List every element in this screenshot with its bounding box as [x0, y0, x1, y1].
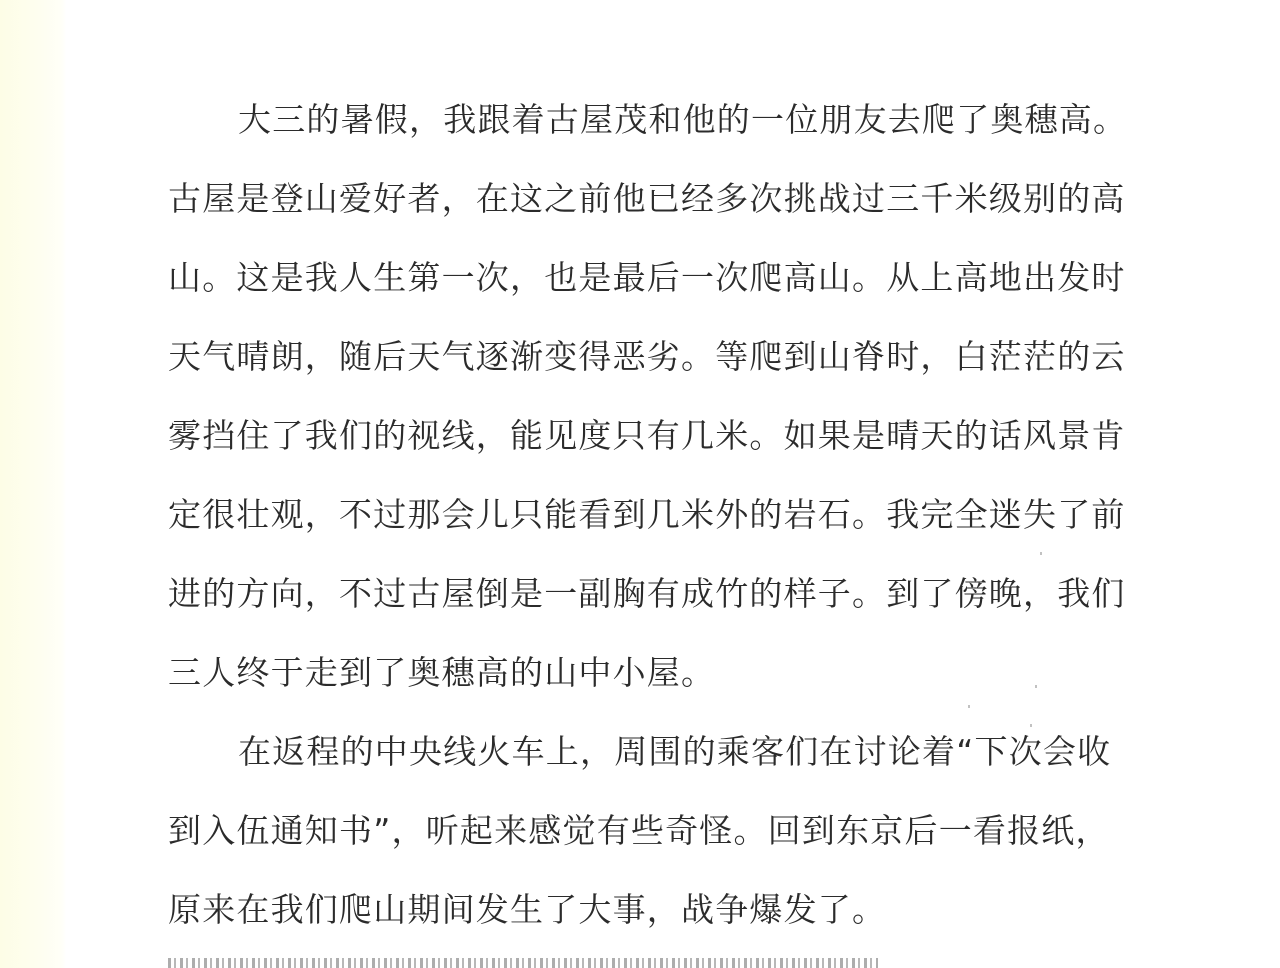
paragraph-1-line-4: 天气晴朗，随后天气逐渐变得恶劣。等爬到山脊时，白茫茫的云	[168, 334, 1158, 413]
paragraph-1-line-7: 进的方向，不过古屋倒是一副胸有成竹的样子。到了傍晚，我们	[168, 571, 1158, 650]
paragraph-1-line-1: 大三的暑假，我跟着古屋茂和他的一位朋友去爬了奥穗高。	[168, 97, 1158, 176]
paragraph-1-line-8: 三人终于走到了奥穗高的山中小屋。	[168, 650, 1158, 729]
next-line-cutoff	[168, 958, 878, 968]
body-text: 大三的暑假，我跟着古屋茂和他的一位朋友去爬了奥穗高。 古屋是登山爱好者，在这之前…	[168, 97, 1158, 966]
scan-speck	[1030, 724, 1032, 727]
scan-speck	[1040, 552, 1042, 555]
paragraph-2-line-2: 到入伍通知书”，听起来感觉有些奇怪。回到东京后一看报纸，	[168, 808, 1158, 887]
scanned-page: 大三的暑假，我跟着古屋茂和他的一位朋友去爬了奥穗高。 古屋是登山爱好者，在这之前…	[0, 0, 1280, 968]
paragraph-2-line-3: 原来在我们爬山期间发生了大事，战争爆发了。	[168, 887, 1158, 966]
paragraph-1-line-5: 雾挡住了我们的视线，能见度只有几米。如果是晴天的话风景肯	[168, 413, 1158, 492]
scan-speck	[1035, 685, 1037, 688]
paragraph-1-line-6: 定很壮观，不过那会儿只能看到几米外的岩石。我完全迷失了前	[168, 492, 1158, 571]
paragraph-1-line-2: 古屋是登山爱好者，在这之前他已经多次挑战过三千米级别的高	[168, 176, 1158, 255]
paragraph-1-line-3: 山。这是我人生第一次，也是最后一次爬高山。从上高地出发时	[168, 255, 1158, 334]
paragraph-2-line-1: 在返程的中央线火车上，周围的乘客们在讨论着“下次会收	[168, 729, 1158, 808]
scan-speck	[968, 705, 970, 708]
